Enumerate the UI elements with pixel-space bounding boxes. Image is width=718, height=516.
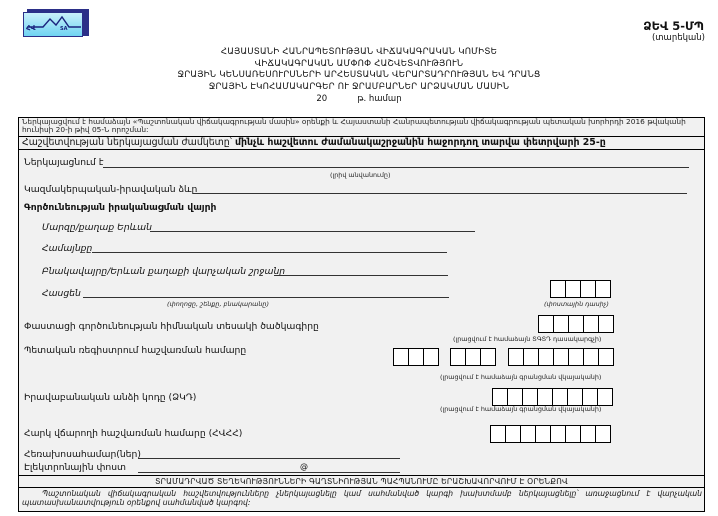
intro-text: Ներկայացվում է համաձայն «Պաշտոնական վիճա… [22,118,702,134]
email-at-sign: @ [300,462,308,471]
digit-box[interactable] [393,348,409,366]
year-prefix: 20 [316,94,327,104]
divider [18,149,705,150]
address-label: Հասցեն [42,288,81,299]
digit-box[interactable] [508,348,524,366]
digit-box[interactable] [450,348,466,366]
digit-box[interactable] [423,348,439,366]
digit-box[interactable] [595,425,611,443]
digit-box[interactable] [565,280,581,298]
digit-box[interactable] [490,425,506,443]
digit-box[interactable] [505,425,521,443]
digit-box[interactable] [580,280,596,298]
taxpayer-id-label: Հարկ վճարողի հաշվառման համարը (ՀՎՀՀ) [24,428,242,439]
digit-box[interactable] [583,348,599,366]
digit-box[interactable] [408,348,424,366]
email-field[interactable] [138,472,400,473]
email-label: Էլեկտրոնային փոստ [24,462,126,473]
community-label: Համայնքը [42,243,92,254]
digit-box[interactable] [565,425,581,443]
digit-box[interactable] [553,315,569,333]
digit-box[interactable] [598,348,614,366]
taxpayer-id-boxes[interactable] [490,425,611,443]
digit-box[interactable] [550,280,566,298]
location-heading: Գործունեության իրականացման վայրի [24,202,216,213]
postal-code-boxes[interactable] [550,280,611,298]
digit-box[interactable] [480,348,496,366]
divider [18,475,705,476]
header-title-line: ՋՐԱՅԻՆ ԷԿՈՀԱՄԱԿԱՐԳԵՐ ՈՒ ՋՐԱՄԲԱՐՆԵՐ ԱՐՁԱԿ… [0,82,718,92]
digit-box[interactable] [520,425,536,443]
logo-text-left: ՀՎ [26,24,36,32]
legal-entity-code-hint: (լրացվում է համաձայն գրանցման վկայականի) [440,405,601,413]
submitter-label: Ներկայացնում է [24,157,104,168]
region-field[interactable] [150,231,475,232]
digit-box[interactable] [598,315,614,333]
digit-box[interactable] [553,348,569,366]
digit-box[interactable] [523,348,539,366]
report-number-line: 20թ. համար [0,94,718,104]
header-title-line: ՋՐԱՅԻՆ ԿԵՆՍԱՌԵՍՈՒՐՍՆԵՐԻ ԱՐՀԵՍՏԱԿԱՆ ՎԵՐԱՐ… [0,70,718,80]
state-register-hint: (լրացվում է համաձայն գրանցման վկայականի) [440,373,601,381]
liability-note: Պաշտոնական վիճակագրական հաշվետվություննե… [22,489,702,507]
digit-box[interactable] [580,425,596,443]
divider [18,487,705,488]
digit-box[interactable] [538,315,554,333]
liability-note-text: Պաշտոնական վիճակագրական հաշվետվություննե… [22,489,702,507]
legal-entity-code-boxes[interactable] [492,388,613,406]
submitter-field[interactable] [103,167,689,168]
postal-code-hint: (փոստային դասիչ) [544,300,609,308]
digit-box[interactable] [522,388,538,406]
deadline: Հաշվետվության ներկայացման ժամկետը՝ մինչև… [22,137,606,148]
settlement-field[interactable] [274,275,448,276]
state-register-boxes-1[interactable] [393,348,439,366]
digit-box[interactable] [568,348,584,366]
activity-code-boxes[interactable] [538,315,614,333]
digit-box[interactable] [552,388,568,406]
digit-box[interactable] [537,388,553,406]
activity-code-label: Փաստացի գործունեության հիմնական տեսակի ծ… [24,321,319,332]
address-field[interactable] [83,297,449,298]
deadline-value: մինչև հաշվետու ժամանակաշրջանին հաջորդող … [235,137,606,148]
state-register-label: Պետական ռեգիստրում հաշվառման համարը [24,345,246,356]
phone-label: Հեռախոսահամար(ներ) [24,449,141,460]
legal-entity-code-label: Իրավաբանական անձի կոդը (ՁԿԴ) [24,392,196,403]
year-suffix: թ. համար [357,94,401,104]
phone-field[interactable] [138,458,400,459]
state-register-boxes-2[interactable] [450,348,496,366]
region-label: Մարզը/քաղաք Երևան [42,222,152,233]
digit-box[interactable] [492,388,508,406]
address-hint: (փողոցը, շենքը, բնակարանը) [167,300,269,308]
digit-box[interactable] [535,425,551,443]
legal-form-label: Կազմակերպական-իրավական ձևը [24,184,197,195]
digit-box[interactable] [550,425,566,443]
digit-box[interactable] [567,388,583,406]
deadline-label: Հաշվետվության ներկայացման ժամկետը՝ [22,137,232,148]
header-title-line: ՀԱՅԱՍՏԱՆԻ ՀԱՆՐԱՊԵՏՈՒԹՅԱՆ ՎԻՃԱԿԱԳՐԱԿԱՆ ԿՈ… [0,47,718,57]
confidentiality-notice: ՏՐԱՄԱԴՐՎԱԾ ՏԵՂԵԿՈՒԹՅՈՒՆՆԵՐԻ ԳԱՂՏՆԻՈՒԹՅԱՆ… [18,477,705,486]
activity-code-hint: (լրացվում է համաձայն ՏԳՏԴ դասակարգչի) [453,335,601,343]
settlement-label: Բնակավայրը/Երևան քաղաքի վարչական շրջանը [42,266,285,277]
digit-box[interactable] [582,388,598,406]
legal-form-field[interactable] [193,193,687,194]
form-code: ՁԵՎ 5-ՄՊ [643,19,704,33]
form-period: (տարեկան) [652,33,705,43]
logo-text-right: SA [60,26,67,32]
community-field[interactable] [92,252,447,253]
submitter-hint: (լրիվ անվանումը) [330,171,390,179]
digit-box[interactable] [465,348,481,366]
logo: ՀՎ SA [23,9,87,37]
digit-box[interactable] [568,315,584,333]
header-title-line: ՎԻՃԱԿԱԳՐԱԿԱՆ ԱՄՓՈՓ ՀԱՇՎԵՏՎՈՒԹՅՈՒՆ [0,59,718,69]
digit-box[interactable] [595,280,611,298]
state-register-boxes-3[interactable] [508,348,614,366]
digit-box[interactable] [583,315,599,333]
digit-box[interactable] [507,388,523,406]
digit-box[interactable] [597,388,613,406]
digit-box[interactable] [538,348,554,366]
